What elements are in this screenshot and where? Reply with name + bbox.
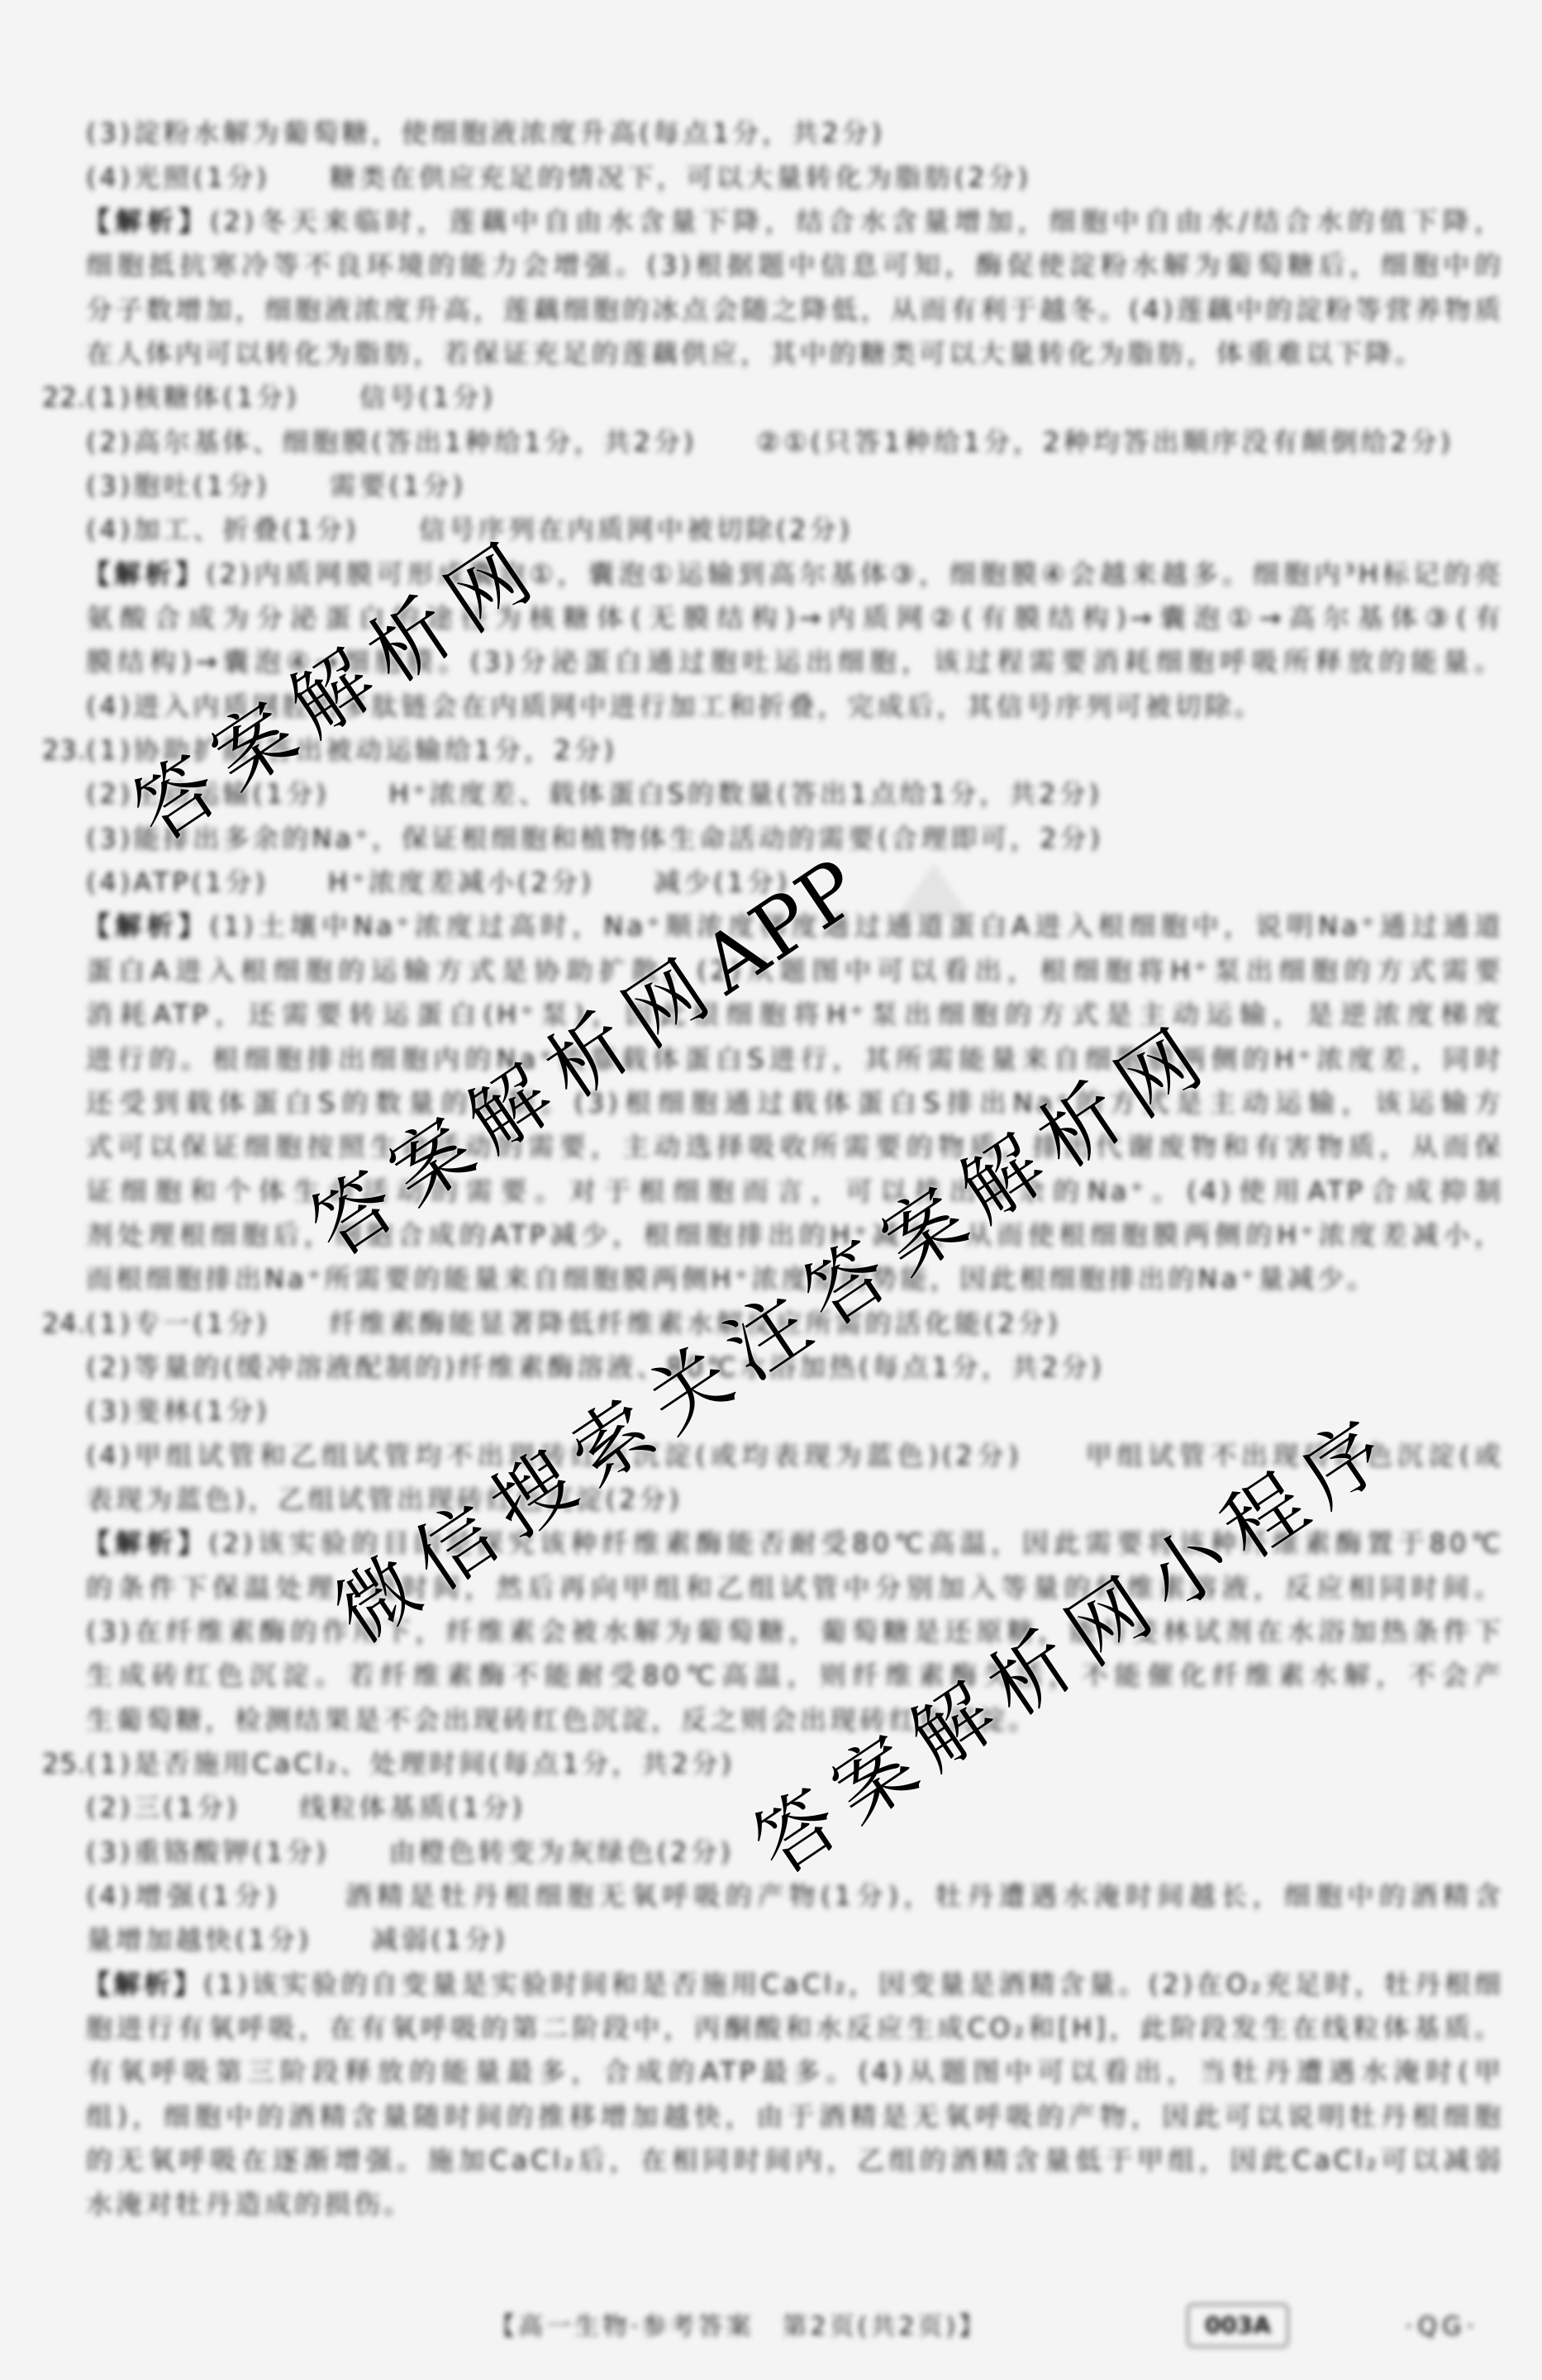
analysis-label: 【解析】 [83,1969,203,2000]
analysis-line: 生葡萄糖，检测结果是不会出现砖红色沉淀，反之则会出现砖红色沉淀。 [0,1698,1542,1742]
analysis-text: (1)该实验的自变量是实验时间和是否施用CaCl₂，因变量是酒精含量。(2)在O… [203,1969,1504,2000]
analysis-line: 的无氧呼吸在逐渐增强。施加CaCl₂后，在相同时间内，乙组的酒精含量低于甲组，因… [0,2139,1542,2183]
analysis-text: 剂处理根细胞后，细胞合成的ATP减少，根细胞排出的H⁺减少，从而使根细胞膜两侧的… [86,1214,1504,1257]
analysis-line: 剂处理根细胞后，细胞合成的ATP减少，根细胞排出的H⁺减少，从而使根细胞膜两侧的… [0,1214,1542,1257]
analysis-text: 还受到载体蛋白S的数量的限制。(3)根细胞通过载体蛋白S排出Na⁺的方式是主动运… [86,1081,1504,1125]
analysis-label: 【解析】 [83,206,210,237]
analysis-line: 有氧呼吸第三阶段释放的能量最多，合成的ATP最多。(4)从题图中可以看出，当牡丹… [0,2050,1542,2094]
footer-title: 【高一生物·参考答案 第2页(共2页)】 [490,2306,987,2348]
answer-text: (4)ATP(1分) H⁺浓度差减小(2分) 减少(1分) [86,861,791,905]
analysis-line: 还受到载体蛋白S的数量的限制。(3)根细胞通过载体蛋白S排出Na⁺的方式是主动运… [0,1081,1542,1125]
analysis-text: 细胞抵抗寒冷等不良环境的能力会增强。(3)根据题中信息可知，酶促使淀粉水解为葡萄… [86,244,1504,287]
analysis-text: 氨酸合成为分泌蛋白的途径为核糖体(无膜结构)→内质网②(有膜结构)→囊泡①→高尔… [86,596,1504,640]
analysis-line: 水淹对牡丹造成的损伤。 [0,2183,1542,2226]
analysis-line: 消耗ATP，还需要转运蛋白(H⁺泵)，因此根细胞将H⁺泵出细胞的方式是主动运输，… [0,993,1542,1037]
analysis-line: 式可以保证细胞按照生命活动的需要，主动选择吸收所需要的物质，排出代谢废物和有害物… [0,1125,1542,1169]
answer-line: (4)加工、折叠(1分) 信号序列在内质网中被切除(2分) [0,508,1542,552]
analysis-text: 进行的。根细胞排出细胞内的Na⁺依靠载体蛋白S进行，其所需能量来自细胞膜两侧的H… [86,1038,1504,1081]
analysis-line: 组)，细胞中的酒精含量随时间的推移增加越快，由于酒精是无氧呼吸的产物，因此可以说… [0,2095,1542,2139]
analysis-text: 组)，细胞中的酒精含量随时间的推移增加越快，由于酒精是无氧呼吸的产物，因此可以说… [86,2095,1504,2139]
analysis-text: 胞进行有氧呼吸，在有氧呼吸的第二阶段中，丙酮酸和水反应生成CO₂和[H]，此阶段… [86,2007,1504,2050]
analysis-label: 【解析】 [83,910,209,942]
answer-line: (3)能排出多余的Na⁺，保证根细胞和植物体生命活动的需要(合理即可，2分) [0,817,1542,861]
answer-line: (2)高尔基体、细胞膜(答出1种给1分，共2分) ②①(只答1种给1分，2种均答… [0,420,1542,464]
analysis-line: (3)在纤维素酶的作用下，纤维素会被水解为葡萄糖，葡萄糖是还原糖，能与斐林试剂在… [0,1610,1542,1654]
answer-text: (3)淀粉水解为葡萄糖，使细胞液浓度升高(每点1分，共2分) [86,112,885,155]
analysis-text: 分子数增加，细胞液浓度升高，莲藕细胞的冰点会随之降低，从而有利于越冬。(4)莲藕… [86,288,1504,332]
analysis-line: 进行的。根细胞排出细胞内的Na⁺依靠载体蛋白S进行，其所需能量来自细胞膜两侧的H… [0,1038,1542,1081]
footer-mark: ·QG· [1405,2306,1479,2348]
analysis-line: 的条件下保温处理一段时间，然后再向甲组和乙组试管中分别加入等量的纤维素溶液，反应… [0,1566,1542,1610]
analysis-text-wrap: 【解析】(1)该实验的自变量是实验时间和是否施用CaCl₂，因变量是酒精含量。(… [83,1963,1504,2007]
analysis-text: (3)在纤维素酶的作用下，纤维素会被水解为葡萄糖，葡萄糖是还原糖，能与斐林试剂在… [86,1610,1504,1654]
analysis-text: 在人体内可以转化为脂肪，若保证充足的莲藕供应，其中的糖类可以大量转化为脂肪，体重… [86,332,1425,376]
answer-line: (3)斐林(1分) [0,1390,1542,1433]
analysis-line: 【解析】(2)冬天来临时，莲藕中自由水含量下降，结合水含量增加，细胞中自由水/结… [0,200,1542,244]
answer-text: (3)能排出多余的Na⁺，保证根细胞和植物体生命活动的需要(合理即可，2分) [86,817,1103,861]
analysis-label: 【解析】 [83,1527,208,1559]
analysis-text-wrap: 【解析】(2)冬天来临时，莲藕中自由水含量下降，结合水含量增加，细胞中自由水/结… [83,200,1504,244]
answer-text: (2)三(1分) 线粒体基质(1分) [86,1786,526,1830]
answer-text: (1)是否施用CaCl₂、处理时间(每点1分，共2分) [86,1742,735,1786]
answer-text: (2)高尔基体、细胞膜(答出1种给1分，共2分) ②①(只答1种给1分，2种均答… [86,420,1454,464]
answer-line: (4)光照(1分) 糖类在供应充足的情况下，可以大量转化为脂肪(2分) [0,156,1542,200]
analysis-line: 在人体内可以转化为脂肪，若保证充足的莲藕供应，其中的糖类可以大量转化为脂肪，体重… [0,332,1542,376]
question-number: 25. [42,1742,87,1786]
analysis-line: 胞进行有氧呼吸，在有氧呼吸的第二阶段中，丙酮酸和水反应生成CO₂和[H]，此阶段… [0,2007,1542,2050]
answer-line: 22.(1)核糖体(1分) 信号(1分) [0,376,1542,420]
answer-text: (3)重铬酸钾(1分) 由橙色转变为灰绿色(2分) [86,1831,734,1874]
analysis-text: 生成砖红色沉淀。若纤维素酶不能耐受80℃高温，则纤维素酶失活，不能催化纤维素水解… [86,1654,1504,1698]
analysis-text-wrap: 【解析】(2)内质网膜可形成囊泡①，囊泡①运输到高尔基体③，细胞膜④会越来越多。… [83,553,1504,596]
answer-text: (2)等量的(缓冲溶液配制的)纤维素酶溶液、80℃水浴加热(每点1分，共2分) [86,1346,1105,1390]
analysis-text: 证细胞和个体生命活动的需要。对于根细胞而言，可以排出多余的Na⁺。(4)使用AT… [86,1170,1504,1214]
answer-line: (3)胞吐(1分) 需要(1分) [0,464,1542,508]
question-number: 22. [42,376,87,420]
analysis-text: 的条件下保温处理一段时间，然后再向甲组和乙组试管中分别加入等量的纤维素溶液，反应… [86,1566,1504,1610]
analysis-text: 消耗ATP，还需要转运蛋白(H⁺泵)，因此根细胞将H⁺泵出细胞的方式是主动运输，… [86,993,1504,1037]
answer-text: (3)胞吐(1分) 需要(1分) [86,464,466,508]
analysis-text: 而根细胞排出Na⁺所需要的能量来自细胞膜两侧H⁺浓度差的势能，因此根细胞排出的N… [86,1257,1377,1301]
analysis-line: 分子数增加，细胞液浓度升高，莲藕细胞的冰点会随之降低，从而有利于越冬。(4)莲藕… [0,288,1542,332]
answer-line: 25.(1)是否施用CaCl₂、处理时间(每点1分，共2分) [0,1742,1542,1786]
answer-text: 量增加越快(1分) 减弱(1分) [86,1918,508,1962]
document-page: (3)淀粉水解为葡萄糖，使细胞液浓度升高(每点1分，共2分) (4)光照(1分)… [0,0,1542,2380]
question-number: 23. [42,729,87,772]
analysis-line: 膜结构)→囊泡④→细胞膜。(3)分泌蛋白通过胞吐运出细胞，该过程需要消耗细胞呼吸… [0,640,1542,684]
analysis-line: 【解析】(1)该实验的自变量是实验时间和是否施用CaCl₂，因变量是酒精含量。(… [0,1963,1542,2007]
answer-text: (4)光照(1分) 糖类在供应充足的情况下，可以大量转化为脂肪(2分) [86,156,1031,200]
answer-text: (3)斐林(1分) [86,1390,270,1433]
answer-text: (1)核糖体(1分) 信号(1分) [86,376,496,420]
analysis-line: 细胞抵抗寒冷等不良环境的能力会增强。(3)根据题中信息可知，酶促使淀粉水解为葡萄… [0,244,1542,287]
answer-line: (3)淀粉水解为葡萄糖，使细胞液浓度升高(每点1分，共2分) [0,112,1542,155]
analysis-text: 水淹对牡丹造成的损伤。 [86,2183,413,2226]
analysis-text: 的无氧呼吸在逐渐增强。施加CaCl₂后，在相同时间内，乙组的酒精含量低于甲组，因… [86,2139,1504,2183]
analysis-line: 证细胞和个体生命活动的需要。对于根细胞而言，可以排出多余的Na⁺。(4)使用AT… [0,1170,1542,1214]
analysis-text: 式可以保证细胞按照生命活动的需要，主动选择吸收所需要的物质，排出代谢废物和有害物… [86,1125,1504,1169]
analysis-line: 氨酸合成为分泌蛋白的途径为核糖体(无膜结构)→内质网②(有膜结构)→囊泡①→高尔… [0,596,1542,640]
analysis-text: (2)内质网膜可形成囊泡①，囊泡①运输到高尔基体③，细胞膜④会越来越多。细胞内³… [206,558,1504,590]
analysis-line: 生成砖红色沉淀。若纤维素酶不能耐受80℃高温，则纤维素酶失活，不能催化纤维素水解… [0,1654,1542,1698]
analysis-line: 【解析】(2)内质网膜可形成囊泡①，囊泡①运输到高尔基体③，细胞膜④会越来越多。… [0,553,1542,596]
page-footer: 【高一生物·参考答案 第2页(共2页)】 003A ·QG· [0,2306,1542,2348]
analysis-text: (2)冬天来临时，莲藕中自由水含量下降，结合水含量增加，细胞中自由水/结合水的值… [210,206,1504,237]
answer-line: 量增加越快(1分) 减弱(1分) [0,1918,1542,1962]
answer-line: (4)增强(1分) 酒精是牡丹根细胞无氧呼吸的产物(1分)，牡丹遭遇水淹时间越长… [0,1874,1542,1918]
question-number: 24. [42,1302,87,1346]
analysis-label: 【解析】 [83,558,206,590]
document-body: (3)淀粉水解为葡萄糖，使细胞液浓度升高(每点1分，共2分) (4)光照(1分)… [0,112,1542,2227]
answer-text: (1)专一(1分) 纤维素酶能显著降低纤维素水解反应所需的活化能(2分) [86,1302,1061,1346]
footer-code-badge: 003A [1187,2303,1289,2348]
analysis-text: 有氧呼吸第三阶段释放的能量最多，合成的ATP最多。(4)从题图中可以看出，当牡丹… [86,2050,1504,2094]
